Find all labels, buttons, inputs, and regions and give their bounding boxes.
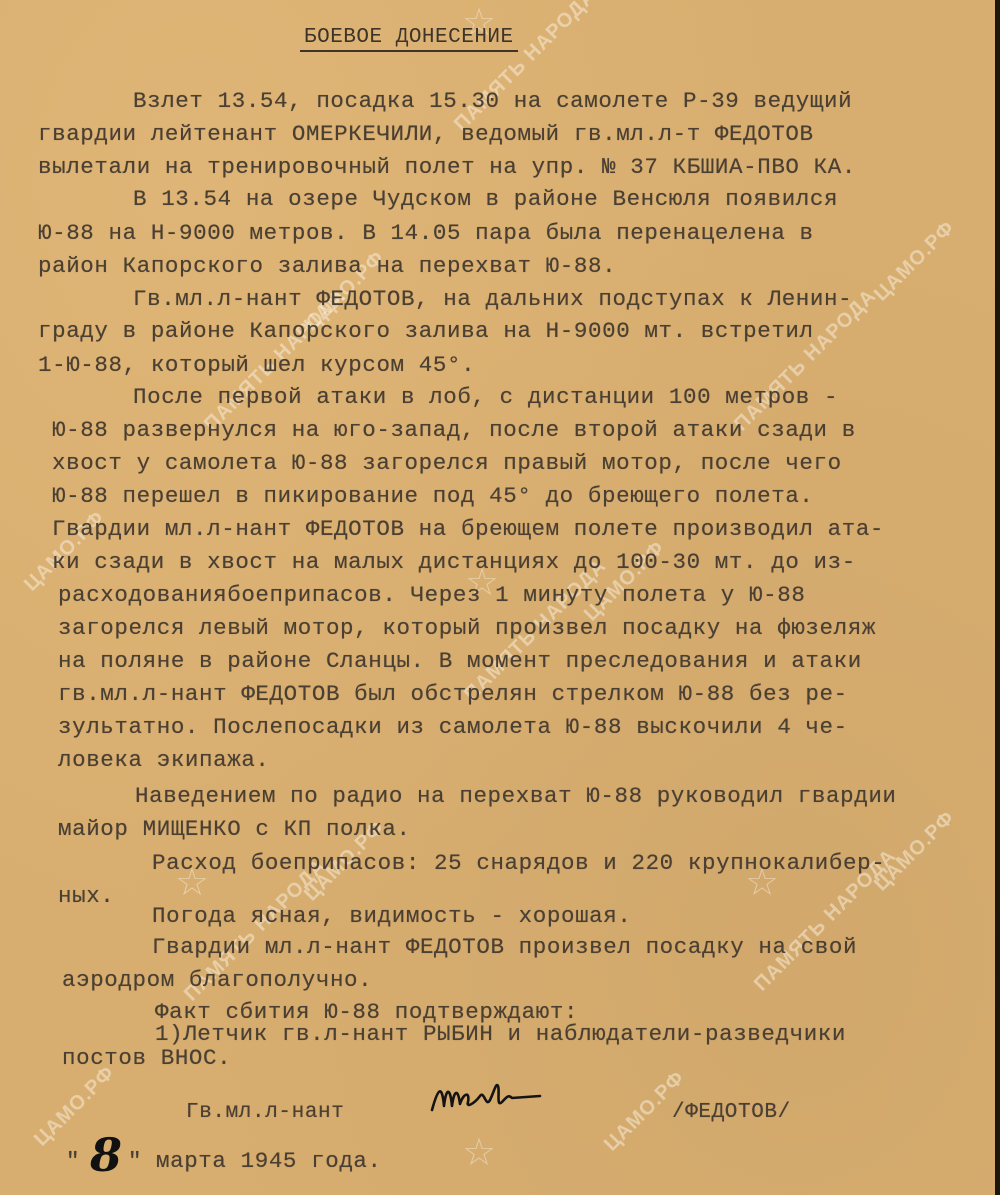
text-line: расходованиябоеприпасов. Через 1 минуту …: [58, 582, 805, 608]
text-line: 1)Летчик гв.л-нант РЫБИН и наблюдатели-р…: [155, 1021, 846, 1047]
text-line: Взлет 13.54, посадка 15.30 на самолете Р…: [133, 88, 852, 114]
text-line: Наведением по радио на перехват Ю-88 рук…: [135, 783, 897, 809]
text-line: ки сзади в хвост на малых дистанциях до …: [52, 549, 856, 575]
date-open-quote: ": [66, 1148, 80, 1174]
signatory-rank: Гв.мл.л-нант: [186, 1100, 344, 1126]
text-line: Расход боеприпасов: 25 снарядов и 220 кр…: [152, 850, 885, 876]
text-line: загорелся левый мотор, который произвел …: [58, 615, 876, 641]
text-line: аэродром благополучно.: [62, 967, 372, 993]
watermark-tsamo: ЦАМО.РФ: [870, 216, 960, 306]
date-close-quote: ": [128, 1148, 142, 1174]
text-line: район Капорского залива на перехват Ю-88…: [38, 253, 616, 279]
date-day-handwritten: 8: [90, 1128, 122, 1182]
text-line: Гвардии мл.л-нант ФЕДОТОВ на бреющем пол…: [52, 516, 884, 542]
text-line: на поляне в районе Сланцы. В момент прес…: [58, 648, 862, 674]
text-line: ных.: [58, 883, 114, 909]
text-line: гв.мл.л-нант ФЕДОТОВ был обстрелян стрел…: [58, 681, 848, 707]
text-line: ловека экипажа.: [58, 747, 270, 773]
text-line: майор МИЩЕНКО с КП полка.: [58, 816, 411, 842]
text-line: граду в районе Капорского залива на Н-90…: [38, 318, 814, 344]
text-line: Ю-88 на Н-9000 метров. В 14.05 пара была…: [38, 220, 814, 246]
text-line: гвардии лейтенант ОМЕРКЕЧИЛИ, ведомый гв…: [38, 121, 814, 147]
text-line: постов ВНОС.: [62, 1045, 231, 1071]
document-page: ПАМЯТЬ НАРОДА ☆ ЦАМО.РФ ЦАМО.РФ ПАМЯТЬ Н…: [0, 0, 995, 1195]
text-line: Ю-88 развернулся на юго-запад, после вто…: [52, 417, 856, 443]
watermark-text: НАРОДА: [520, 0, 601, 66]
text-line: вылетали на тренировочный полет на упр. …: [38, 154, 856, 180]
text-line: Гвардии мл.л-нант ФЕДОТОВ произвел посад…: [152, 934, 857, 960]
date-text: марта 1945 года.: [156, 1148, 382, 1174]
star-watermark-icon: ☆: [462, 1130, 496, 1174]
text-line: Погода ясная, видимость - хорошая.: [152, 903, 631, 929]
document-title: БОЕВОЕ ДОНЕСЕНИЕ: [300, 26, 518, 52]
text-line: хвост у самолета Ю-88 загорелся правый м…: [52, 450, 842, 476]
text-line: Ю-88 перешел в пикирование под 45° до бр…: [52, 483, 814, 509]
scan-edge: [995, 0, 1000, 1195]
text-line: 1-Ю-88, который шел курсом 45°.: [38, 352, 475, 378]
text-line: В 13.54 на озере Чудском в районе Венсюл…: [133, 186, 838, 212]
text-line: После первой атаки в лоб, с дистанции 10…: [133, 384, 838, 410]
signatory-name: /ФЕДОТОВ/: [672, 1100, 791, 1126]
text-line: зультатно. Послепосадки из самолета Ю-88…: [58, 714, 848, 740]
handwritten-signature-icon: [428, 1078, 548, 1118]
text-line: Гв.мл.л-нант ФЕДОТОВ, на дальних подступ…: [133, 286, 852, 312]
